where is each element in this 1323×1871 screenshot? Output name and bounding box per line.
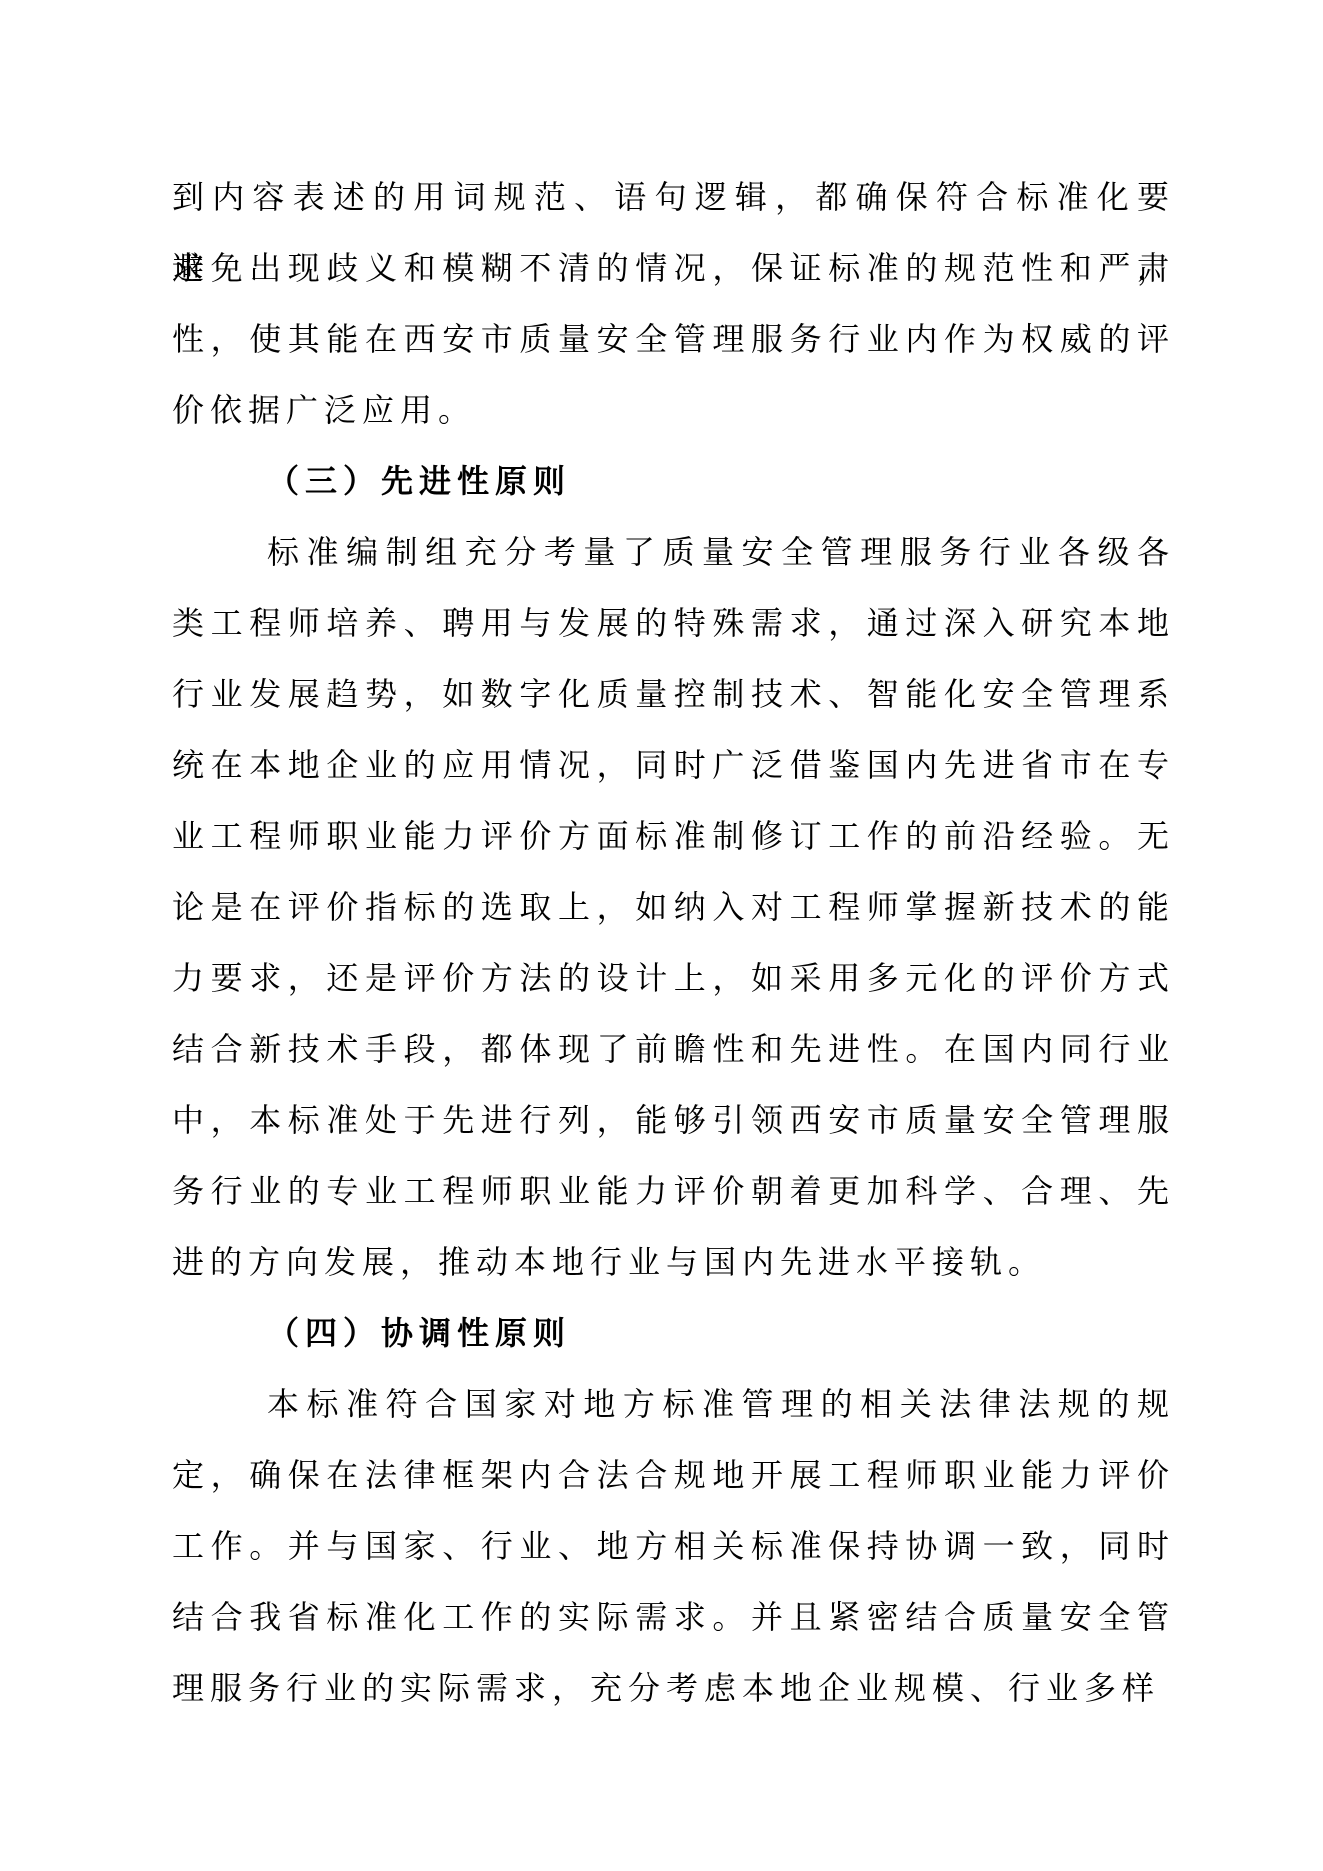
text-line: 理服务行业的实际需求，充分考虑本地企业规模、行业多样	[172, 1653, 1175, 1724]
text-line: 业工程师职业能力评价方面标准制修订工作的前沿经验。无	[172, 801, 1175, 872]
text-line: 中，本标准处于先进行列，能够引领西安市质量安全管理服	[172, 1085, 1175, 1156]
text-line: 力要求，还是评价方法的设计上，如采用多元化的评价方式	[172, 943, 1175, 1014]
text-line: 结合新技术手段，都体现了前瞻性和先进性。在国内同行业	[172, 1014, 1175, 1085]
page-text-content: 到内容表述的用词规范、语句逻辑，都确保符合标准化要求， 避免出现歧义和模糊不清的…	[172, 162, 1175, 1724]
text-line: 避免出现歧义和模糊不清的情况，保证标准的规范性和严肃	[172, 233, 1175, 304]
text-line: 到内容表述的用词规范、语句逻辑，都确保符合标准化要求，	[172, 162, 1175, 233]
paragraph-advancement-principle: 标准编制组充分考量了质量安全管理服务行业各级各 类工程师培养、聘用与发展的特殊需…	[172, 517, 1175, 1298]
text-line: 标准编制组充分考量了质量安全管理服务行业各级各	[172, 517, 1175, 588]
paragraph-coordination-principle: 本标准符合国家对地方标准管理的相关法律法规的规 定，确保在法律框架内合法合规地开…	[172, 1369, 1175, 1724]
text-line: 性，使其能在西安市质量安全管理服务行业内作为权威的评	[172, 304, 1175, 375]
text-line: 本标准符合国家对地方标准管理的相关法律法规的规	[172, 1369, 1175, 1440]
text-line: 定，确保在法律框架内合法合规地开展工程师职业能力评价	[172, 1440, 1175, 1511]
text-line: 进的方向发展，推动本地行业与国内先进水平接轨。	[172, 1227, 1175, 1298]
text-line: 结合我省标准化工作的实际需求。并且紧密结合质量安全管	[172, 1582, 1175, 1653]
section-heading-advancement-principle: （三）先进性原则	[172, 446, 1175, 517]
text-line: 工作。并与国家、行业、地方相关标准保持协调一致，同时	[172, 1511, 1175, 1582]
text-line: 务行业的专业工程师职业能力评价朝着更加科学、合理、先	[172, 1156, 1175, 1227]
text-line: 价依据广泛应用。	[172, 375, 1175, 446]
text-line: 统在本地企业的应用情况，同时广泛借鉴国内先进省市在专	[172, 730, 1175, 801]
section-heading-coordination-principle: （四）协调性原则	[172, 1298, 1175, 1369]
text-line: 论是在评价指标的选取上，如纳入对工程师掌握新技术的能	[172, 872, 1175, 943]
text-line: 类工程师培养、聘用与发展的特殊需求，通过深入研究本地	[172, 588, 1175, 659]
paragraph-continuation: 到内容表述的用词规范、语句逻辑，都确保符合标准化要求， 避免出现歧义和模糊不清的…	[172, 162, 1175, 446]
document-page: 到内容表述的用词规范、语句逻辑，都确保符合标准化要求， 避免出现歧义和模糊不清的…	[0, 0, 1323, 1871]
text-line: 行业发展趋势，如数字化质量控制技术、智能化安全管理系	[172, 659, 1175, 730]
